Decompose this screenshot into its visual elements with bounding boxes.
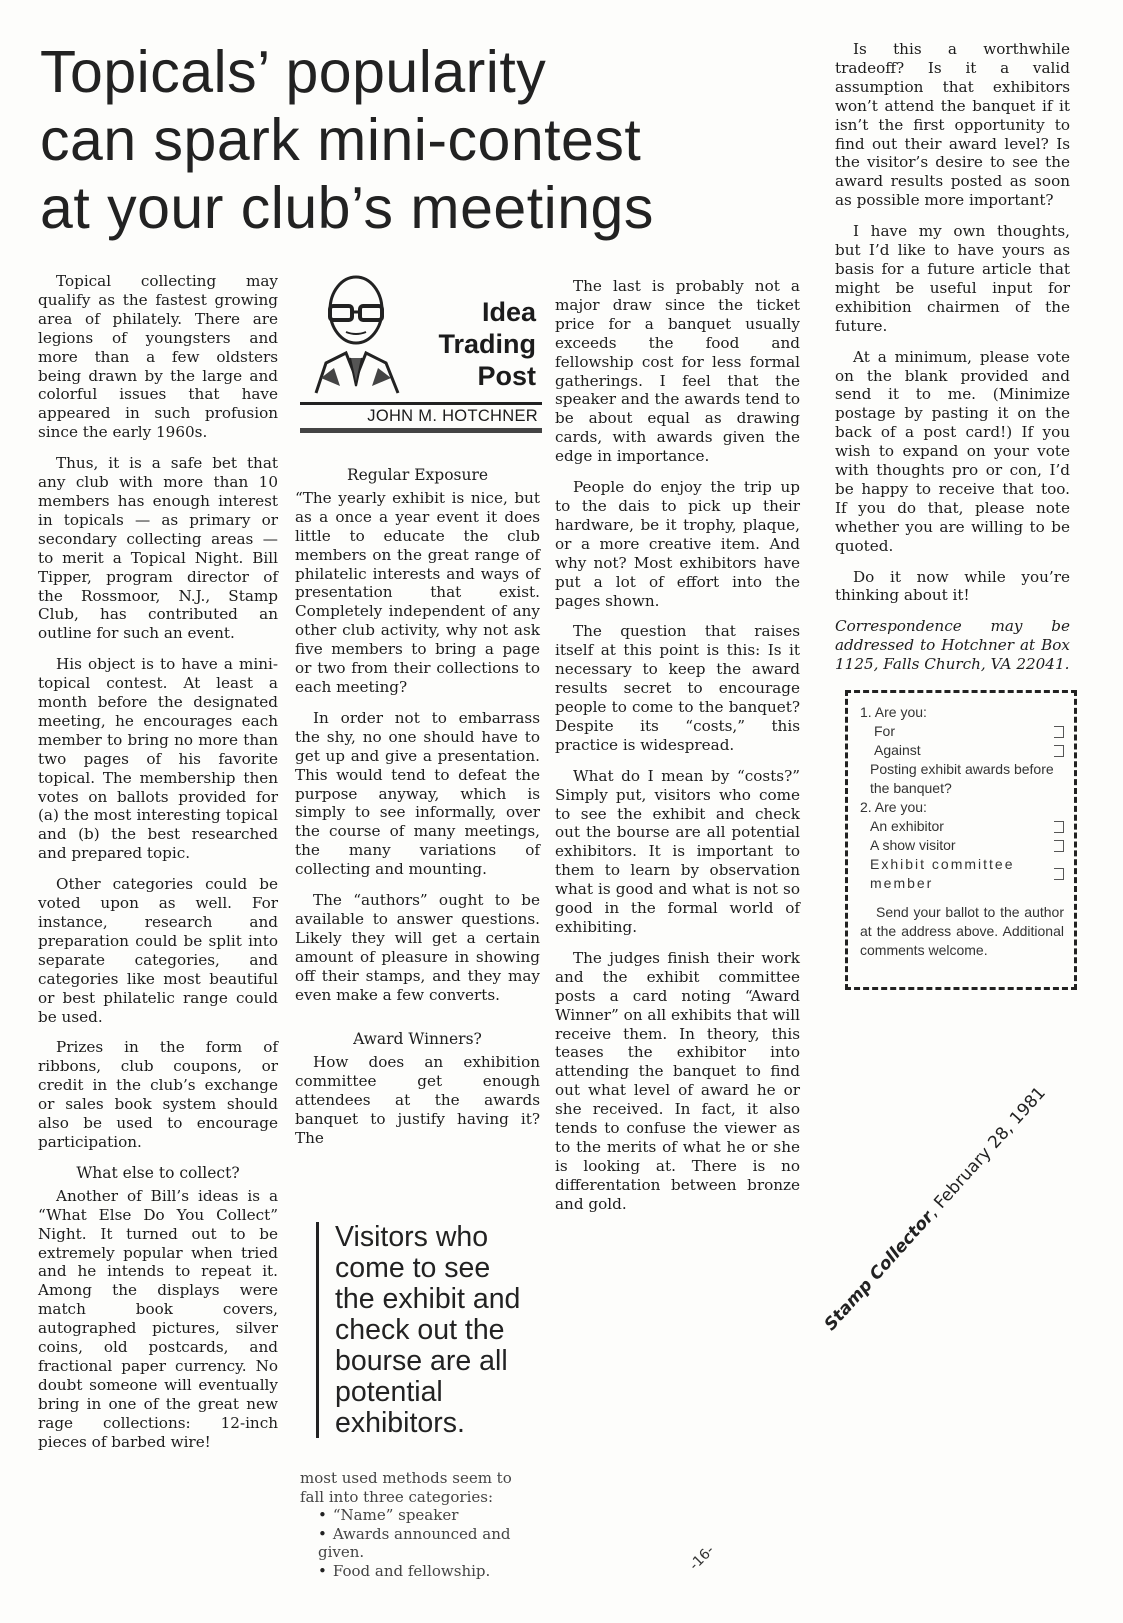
list-intro: most used methods seem to fall into thre… (300, 1469, 540, 1506)
article-column-3: The last is probably not a major draw si… (555, 277, 800, 1226)
list-item: Food and fellowship. (300, 1562, 540, 1581)
section-subhead: Award Winners? (295, 1030, 540, 1049)
paragraph: Other categories could be voted upon as … (38, 875, 278, 1026)
paragraph: How does an exhibition committee get eno… (295, 1053, 540, 1148)
paragraph: His object is to have a mini-topical con… (38, 655, 278, 863)
paragraph: I have my own thoughts, but I’d like to … (835, 222, 1070, 335)
paragraph: Thus, it is a safe bet that any club wit… (38, 454, 278, 643)
paragraph: “The yearly exhibit is nice, but as a on… (295, 489, 540, 697)
section-subhead: What else to collect? (38, 1164, 278, 1183)
paragraph: The judges finish their work and the exh… (555, 949, 800, 1214)
ballot-question-1-subject: Posting exhibit awards before the banque… (860, 760, 1064, 798)
headline-line-2: can spark mini-contest (40, 106, 740, 174)
paragraph: At a minimum, please vote on the blank p… (835, 348, 1070, 556)
option-label: For (874, 722, 895, 741)
ballot-option-for[interactable]: For (860, 722, 1064, 741)
correspondence-note: Correspondence may be addressed to Hotch… (835, 617, 1070, 674)
ballot-option-exhibitor[interactable]: An exhibitor (860, 817, 1064, 836)
checkbox-icon[interactable] (1054, 840, 1064, 852)
page-number: -16- (686, 1542, 717, 1573)
headline-line-1: Topicals’ popularity (40, 38, 740, 106)
checkbox-icon[interactable] (1054, 745, 1064, 757)
section-subhead: Regular Exposure (295, 466, 540, 485)
divider (300, 402, 542, 405)
paragraph: Do it now while you’re thinking about it… (835, 568, 1070, 606)
paragraph: In order not to embarrass the shy, no on… (295, 709, 540, 879)
column-title: Idea Trading Post (438, 296, 536, 392)
paragraph: The question that raises itself at this … (555, 622, 800, 754)
checkbox-icon[interactable] (1054, 726, 1064, 738)
ballot-question-1: 1. Are you: (860, 703, 1064, 722)
paragraph: What do I mean by “costs?” Simply put, v… (555, 767, 800, 937)
reader-ballot: 1. Are you: For Against Posting exhibit … (845, 690, 1077, 990)
divider (300, 428, 542, 433)
ballot-option-against[interactable]: Against (860, 741, 1064, 760)
ballot-option-committee-member[interactable]: Exhibit committee member (860, 855, 1064, 893)
ballot-question-2: 2. Are you: (860, 798, 1064, 817)
publication-date: , February 28, 1981 (923, 1083, 1050, 1221)
column-title-line: Trading (438, 328, 536, 360)
option-label: Against (874, 741, 921, 760)
paragraph: The “authors” ought to be available to a… (295, 891, 540, 1004)
handwritten-source-annotation: Stamp Collector, February 28, 1981 (821, 1083, 1050, 1335)
checkbox-icon[interactable] (1054, 821, 1064, 833)
methods-list: most used methods seem to fall into thre… (300, 1469, 540, 1581)
paragraph: Prizes in the form of ribbons, club coup… (38, 1038, 278, 1151)
ballot-option-show-visitor[interactable]: A show visitor (860, 836, 1064, 855)
article-column-4: Is this a worthwhile tradeoff? Is it a v… (835, 40, 1070, 686)
headline: Topicals’ popularity can spark mini-cont… (40, 38, 740, 242)
list-item: Awards announced and given. (300, 1525, 540, 1562)
paragraph: Topical collecting may qualify as the fa… (38, 272, 278, 442)
author-byline: JOHN M. HOTCHNER (300, 407, 542, 426)
paragraph: Is this a worthwhile tradeoff? Is it a v… (835, 40, 1070, 210)
checkbox-icon[interactable] (1054, 868, 1064, 880)
paragraph: The last is probably not a major draw si… (555, 277, 800, 466)
option-label: Exhibit committee member (870, 855, 1040, 893)
column-title-line: Idea (438, 296, 536, 328)
article-column-1: Topical collecting may qualify as the fa… (38, 272, 278, 1463)
option-label: An exhibitor (870, 817, 944, 836)
paragraph: Another of Bill’s ideas is a “What Else … (38, 1187, 278, 1452)
list-item: “Name” speaker (300, 1506, 540, 1525)
author-portrait-icon (306, 268, 406, 398)
article-column-2: Regular Exposure “The yearly exhibit is … (295, 466, 540, 1160)
option-label: A show visitor (870, 836, 956, 855)
ballot-instructions: Send your ballot to the author at the ad… (860, 903, 1064, 960)
headline-line-3: at your club’s meetings (40, 174, 740, 242)
column-title-line: Post (438, 360, 536, 392)
pull-quote: Visitors who come to see the exhibit and… (316, 1222, 536, 1438)
publication-name: Stamp Collector (821, 1207, 938, 1334)
paragraph: People do enjoy the trip up to the dais … (555, 478, 800, 610)
column-logo: Idea Trading Post JOHN M. HOTCHNER (300, 268, 542, 438)
